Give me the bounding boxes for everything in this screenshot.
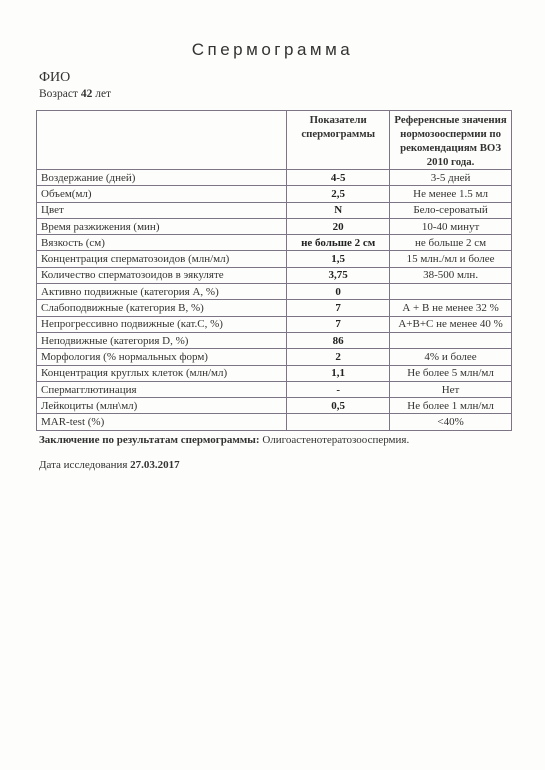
- reference-value: [390, 284, 512, 300]
- table-row: Слабоподвижные (категория В, %)7А + В не…: [37, 300, 512, 316]
- result-value: 1,1: [287, 365, 390, 381]
- age-value: 42: [81, 88, 93, 100]
- reference-value: Не более 1 млн/мл: [390, 398, 512, 414]
- table-row: Спермагглютинация-Нет: [37, 381, 512, 397]
- result-value: N: [287, 202, 390, 218]
- table-row: Активно подвижные (категория А, %)0: [37, 284, 512, 300]
- table-row: Концентрация сперматозоидов (млн/мл)1,51…: [37, 251, 512, 267]
- parameter-name: Концентрация круглых клеток (млн/мл): [37, 365, 287, 381]
- age-line: Возраст 42 лет: [39, 88, 111, 100]
- parameter-name: Непрогрессивно подвижные (кат.С, %): [37, 316, 287, 332]
- reference-value: А + В не менее 32 %: [390, 300, 512, 316]
- result-value: 3,75: [287, 267, 390, 283]
- parameter-name: Неподвижные (категория D, %): [37, 332, 287, 348]
- reference-value: не больше 2 см: [390, 235, 512, 251]
- reference-value: [390, 332, 512, 348]
- parameter-name: Активно подвижные (категория А, %): [37, 284, 287, 300]
- reference-value: <40%: [390, 414, 512, 430]
- reference-value: Нет: [390, 381, 512, 397]
- reference-value: 4% и более: [390, 349, 512, 365]
- conclusion-label: Заключение по результатам спермограммы:: [39, 434, 260, 446]
- conclusion: Заключение по результатам спермограммы: …: [39, 434, 409, 446]
- reference-value: 15 млн./мл и более: [390, 251, 512, 267]
- parameter-name: Время разжижения (мин): [37, 218, 287, 234]
- age-unit: лет: [95, 88, 111, 100]
- result-value: 0: [287, 284, 390, 300]
- parameter-name: Воздержание (дней): [37, 170, 287, 186]
- table-row: Неподвижные (категория D, %)86: [37, 332, 512, 348]
- result-value: 7: [287, 300, 390, 316]
- reference-value: Бело-сероватый: [390, 202, 512, 218]
- table-header-row: Показатели спермограммы Референсные знач…: [37, 111, 512, 170]
- table-row: Воздержание (дней)4-53-5 дней: [37, 170, 512, 186]
- header-parameter: [37, 111, 287, 170]
- results-table: Показатели спермограммы Референсные знач…: [36, 110, 512, 431]
- parameter-name: MAR-test (%): [37, 414, 287, 430]
- study-date: Дата исследования 27.03.2017: [39, 459, 180, 471]
- result-value: [287, 414, 390, 430]
- reference-value: Не менее 1.5 мл: [390, 186, 512, 202]
- parameter-name: Лейкоциты (млн\мл): [37, 398, 287, 414]
- parameter-name: Морфология (% нормальных форм): [37, 349, 287, 365]
- fio-label: ФИО: [39, 70, 70, 86]
- age-label: Возраст: [39, 88, 78, 100]
- header-result: Показатели спермограммы: [287, 111, 390, 170]
- reference-value: 10-40 минут: [390, 218, 512, 234]
- table-row: MAR-test (%)<40%: [37, 414, 512, 430]
- reference-value: 38-500 млн.: [390, 267, 512, 283]
- reference-value: 3-5 дней: [390, 170, 512, 186]
- result-value: не больше 2 см: [287, 235, 390, 251]
- table-row: Непрогрессивно подвижные (кат.С, %)7А+В+…: [37, 316, 512, 332]
- table-row: ЦветNБело-сероватый: [37, 202, 512, 218]
- result-value: 0,5: [287, 398, 390, 414]
- result-value: 2,5: [287, 186, 390, 202]
- parameter-name: Спермагглютинация: [37, 381, 287, 397]
- result-value: 20: [287, 218, 390, 234]
- result-value: 7: [287, 316, 390, 332]
- parameter-name: Вязкость (см): [37, 235, 287, 251]
- document-title: Спермограмма: [0, 40, 545, 60]
- header-reference: Референсные значения нормозооспермии по …: [390, 111, 512, 170]
- table-row: Количество сперматозоидов в эякуляте3,75…: [37, 267, 512, 283]
- result-value: 4-5: [287, 170, 390, 186]
- parameter-name: Цвет: [37, 202, 287, 218]
- parameter-name: Количество сперматозоидов в эякуляте: [37, 267, 287, 283]
- date-label: Дата исследования: [39, 459, 127, 471]
- result-value: -: [287, 381, 390, 397]
- parameter-name: Концентрация сперматозоидов (млн/мл): [37, 251, 287, 267]
- result-value: 2: [287, 349, 390, 365]
- result-value: 86: [287, 332, 390, 348]
- date-value: 27.03.2017: [130, 459, 180, 471]
- reference-value: Не более 5 млн/мл: [390, 365, 512, 381]
- table-row: Концентрация круглых клеток (млн/мл)1,1Н…: [37, 365, 512, 381]
- parameter-name: Объем(мл): [37, 186, 287, 202]
- table-row: Вязкость (см)не больше 2 смне больше 2 с…: [37, 235, 512, 251]
- table-row: Морфология (% нормальных форм)24% и боле…: [37, 349, 512, 365]
- table-row: Объем(мл)2,5Не менее 1.5 мл: [37, 186, 512, 202]
- table-row: Лейкоциты (млн\мл)0,5Не более 1 млн/мл: [37, 398, 512, 414]
- table-row: Время разжижения (мин)2010-40 минут: [37, 218, 512, 234]
- reference-value: А+В+С не менее 40 %: [390, 316, 512, 332]
- parameter-name: Слабоподвижные (категория В, %): [37, 300, 287, 316]
- conclusion-text: Олигоастенотератозооспермия.: [262, 434, 409, 446]
- result-value: 1,5: [287, 251, 390, 267]
